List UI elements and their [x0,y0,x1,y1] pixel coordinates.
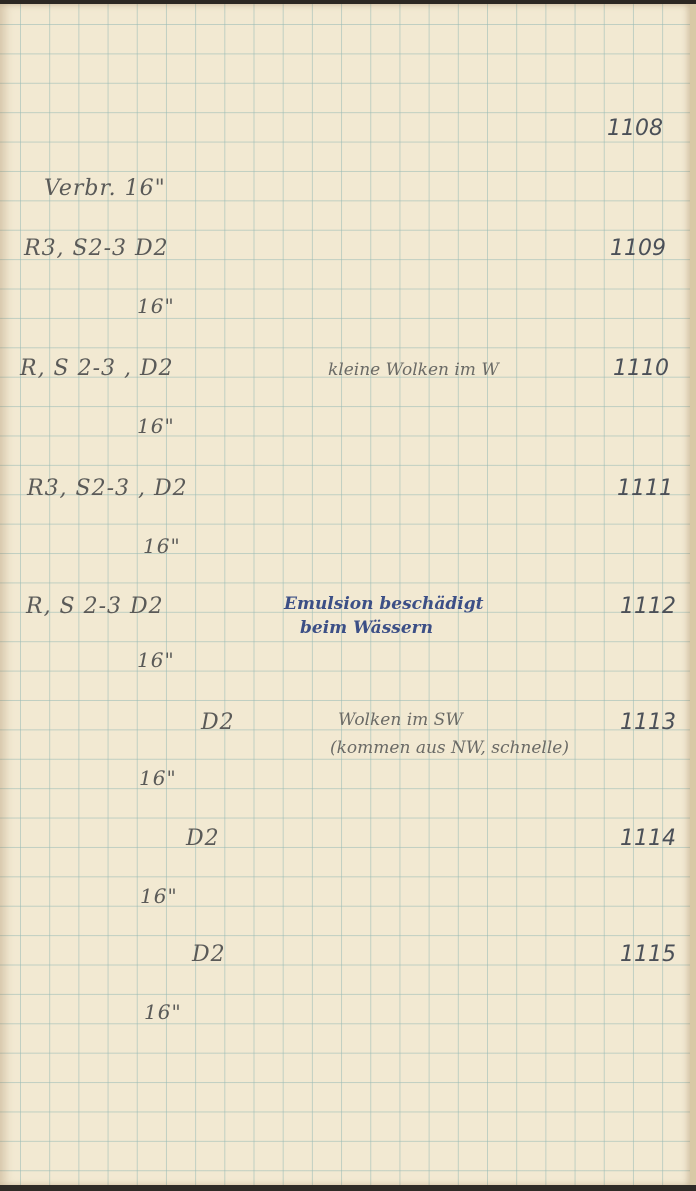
book-cover-edge [0,1185,696,1191]
entry-params-1111: R3, S2-3 , D2 [27,476,188,501]
entry-exposure-1115: 16" [144,1000,182,1024]
entry-exposure-1112: 16" [137,648,175,672]
entry-exposure-1109: 16" [137,294,175,318]
entry-number-1108: 1108 [607,116,663,141]
entry-note-1112-line1: Emulsion beschädigt [284,594,484,614]
entry-number-1114: 1114 [620,826,676,851]
entry-note-1112-line2: beim Wässern [300,618,433,638]
entry-note-1110: kleine Wolken im W [328,360,499,380]
entry-number-1112: 1112 [620,594,676,619]
entry-number-1110: 1110 [613,356,669,381]
page-edge [690,4,696,1186]
entry-exposure-1114: 16" [140,884,178,908]
entry-number-1109: 1109 [610,236,666,261]
entry-number-1111: 1111 [617,476,673,501]
entry-params-1115: D2 [192,942,226,967]
notebook-page: 1108 Verbr. 16" R3, S2-3 D2 1109 16" R, … [0,4,690,1186]
entry-exposure-1110: 16" [137,414,175,438]
header-note: Verbr. 16" [44,176,166,201]
entry-exposure-1113: 16" [139,766,177,790]
entry-params-1109: R3, S2-3 D2 [24,236,169,261]
entry-exposure-1111: 16" [143,534,181,558]
entry-number-1113: 1113 [620,710,676,735]
entry-params-1113: D2 [201,710,235,735]
entry-note-1113-line1: Wolken im SW [338,710,463,730]
entry-params-1114: D2 [186,826,220,851]
entry-params-1112: R, S 2-3 D2 [26,594,164,619]
entry-params-1110: R, S 2-3 , D2 [20,356,174,381]
entry-note-1113-line2: (kommen aus NW, schnelle) [330,738,569,758]
entry-number-1115: 1115 [620,942,676,967]
